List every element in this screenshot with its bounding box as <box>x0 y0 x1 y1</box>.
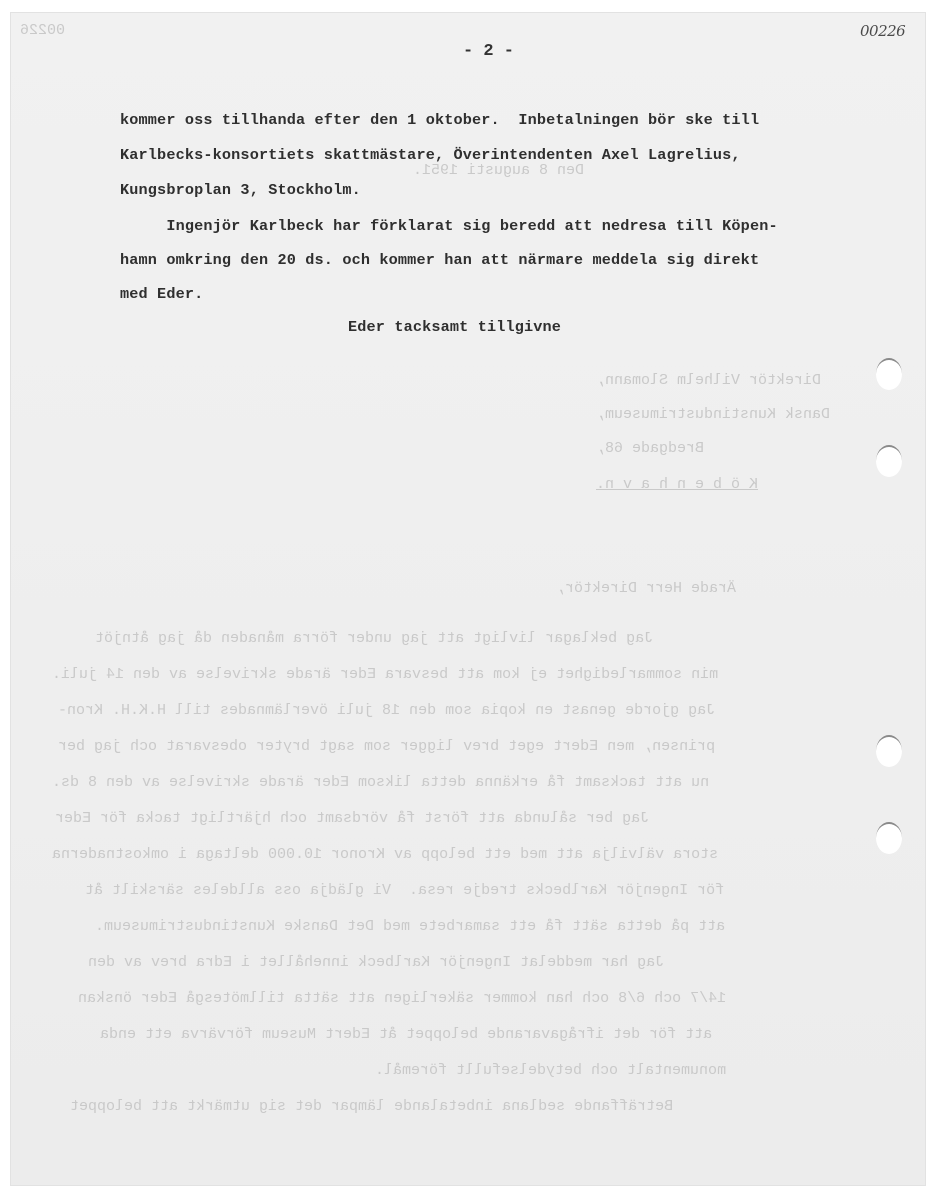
body-line: med Eder. <box>120 285 203 303</box>
bleed-through-line: monumentalt och betydelsefullt föremål. <box>375 1062 726 1079</box>
bleed-through-salutation: Ärade Herr Direktör, <box>556 580 736 597</box>
bleed-through-line: prinsen, men Edert eget brev ligger som … <box>58 738 715 755</box>
punch-hole <box>876 735 902 767</box>
bleed-through-address-line: Bredgade 68, <box>596 440 704 457</box>
bleed-through-address-line: Direktör Vilhelm Slomann, <box>596 372 821 389</box>
punch-hole <box>876 445 902 477</box>
bleed-through-line: min sommarledighet ej kom att besvara Ed… <box>52 666 718 683</box>
closing-line: Eder tacksamt tillgivne <box>348 318 561 336</box>
body-line: kommer oss tillhanda efter den 1 oktober… <box>120 111 759 129</box>
bleed-through-line: nu att tacksamt få erkänna detta liksom … <box>52 774 709 791</box>
body-line: Kungsbroplan 3, Stockholm. <box>120 181 361 199</box>
punch-hole <box>876 822 902 854</box>
bleed-through-line: Jag gjorde genast en kopia som den 18 ju… <box>58 702 715 719</box>
bleed-through-line: Jag har meddelat Ingenjör Karlbeck inneh… <box>88 954 709 971</box>
bleed-through-line: stora välvilja att med ett belopp av Kro… <box>52 846 718 863</box>
archive-number: 00226 <box>860 22 905 40</box>
bleed-through-line: Beträffande sedlana inbetalande lämpar d… <box>70 1098 718 1115</box>
bleed-through-line: Jag beklagar livligt att jag under förra… <box>95 630 698 647</box>
bleed-through-line: Jag ber sålunda att först få vördsamt oc… <box>55 810 694 827</box>
body-line: hamn omkring den 20 ds. och kommer han a… <box>120 251 759 269</box>
body-line: Karlbecks-konsortiets skattmästare, Över… <box>120 146 741 164</box>
body-line: Ingenjör Karlbeck har förklarat sig bere… <box>120 217 778 235</box>
bleed-through-date: Den 8 augusti 1951. <box>413 162 584 179</box>
punch-hole <box>876 358 902 390</box>
bleed-through-line: 14/7 och 6/8 och han kommer säkerligen a… <box>78 990 726 1007</box>
bleed-through-line: att för det ifrågavarande beloppet åt Ed… <box>100 1026 712 1043</box>
bleed-through-address-line: K ö b e n h a v n. <box>596 476 758 493</box>
bleed-through-line: för Ingenjör Karlbecks tredje resa. Vi g… <box>85 882 724 899</box>
bleed-through-corner-number: 00226 <box>20 22 65 39</box>
bleed-through-line: att på detta sätt få ett samarbete med D… <box>95 918 725 935</box>
bleed-through-address-line: Dansk Kunstindustrimuseum, <box>596 406 830 423</box>
page-number: - 2 - <box>463 42 514 61</box>
